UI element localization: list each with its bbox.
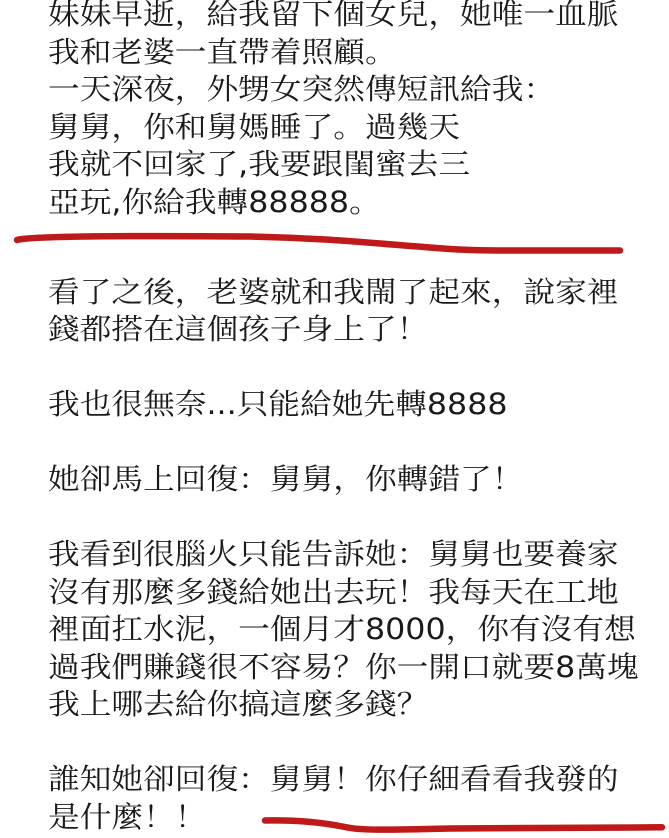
text-line: 我看到很腦火只能告訴她：舅舅也要養家: [48, 536, 639, 574]
text-line: 我就不回家了,我要跟閨蜜去三: [48, 146, 619, 184]
text-line: 妹妹早逝，給我留下個女兒，她唯一血脈: [48, 0, 619, 34]
text-line: 我也很無奈...只能給她先轉8888: [48, 386, 639, 424]
text-line: 錢都搭在這個孩子身上了！: [48, 311, 639, 349]
text-line: 她卻馬上回復：舅舅，你轉錯了！: [48, 461, 639, 499]
paragraph-uncle-complaint: 我看到很腦火只能告訴她：舅舅也要養家 沒有那麼多錢給她出去玩！我每天在工地 裡面…: [48, 536, 639, 724]
intro-text-block: 妹妹早逝，給我留下個女兒，她唯一血脈 我和老婆一直帶着照顧。 一天深夜，外甥女突…: [48, 0, 619, 221]
underline-under-transfer-request: [17, 236, 620, 250]
text-line: 裡面扛水泥，一個月才8000，你有沒有想: [48, 611, 639, 649]
paragraph-wife-argument: 看了之後，老婆就和我閙了起來，說家裡 錢都搭在這個孩子身上了！: [48, 274, 639, 349]
paragraph-transfer: 我也很無奈...只能給她先轉8888: [48, 386, 639, 424]
text-line: 我上哪去給你搞這麼多錢？: [48, 686, 639, 724]
paragraph-niece-reply: 她卻馬上回復：舅舅，你轉錯了！: [48, 461, 639, 499]
paragraph-final-reply: 誰知她卻回復：舅舅！你仔細看看我發的 是什麼！！: [48, 761, 639, 836]
text-line: 沒有那麼多錢給她出去玩！我每天在工地: [48, 574, 639, 612]
text-line: 誰知她卻回復：舅舅！你仔細看看我發的: [48, 761, 639, 799]
text-line: 過我們賺錢很不容易？你一開口就要8萬塊: [48, 649, 639, 687]
text-line: 看了之後，老婆就和我閙了起來，說家裡: [48, 274, 639, 312]
text-line: 亞玩,你給我轉88888。: [48, 184, 619, 222]
story-text-block: 看了之後，老婆就和我閙了起來，說家裡 錢都搭在這個孩子身上了！ 我也很無奈...…: [48, 274, 639, 837]
text-line: 我和老婆一直帶着照顧。: [48, 34, 619, 72]
text-line: 是什麼！！: [48, 799, 639, 837]
text-line: 一天深夜，外甥女突然傳短訊給我：: [48, 71, 619, 109]
text-line: 舅舅，你和舅媽睡了。過幾天: [48, 109, 619, 147]
